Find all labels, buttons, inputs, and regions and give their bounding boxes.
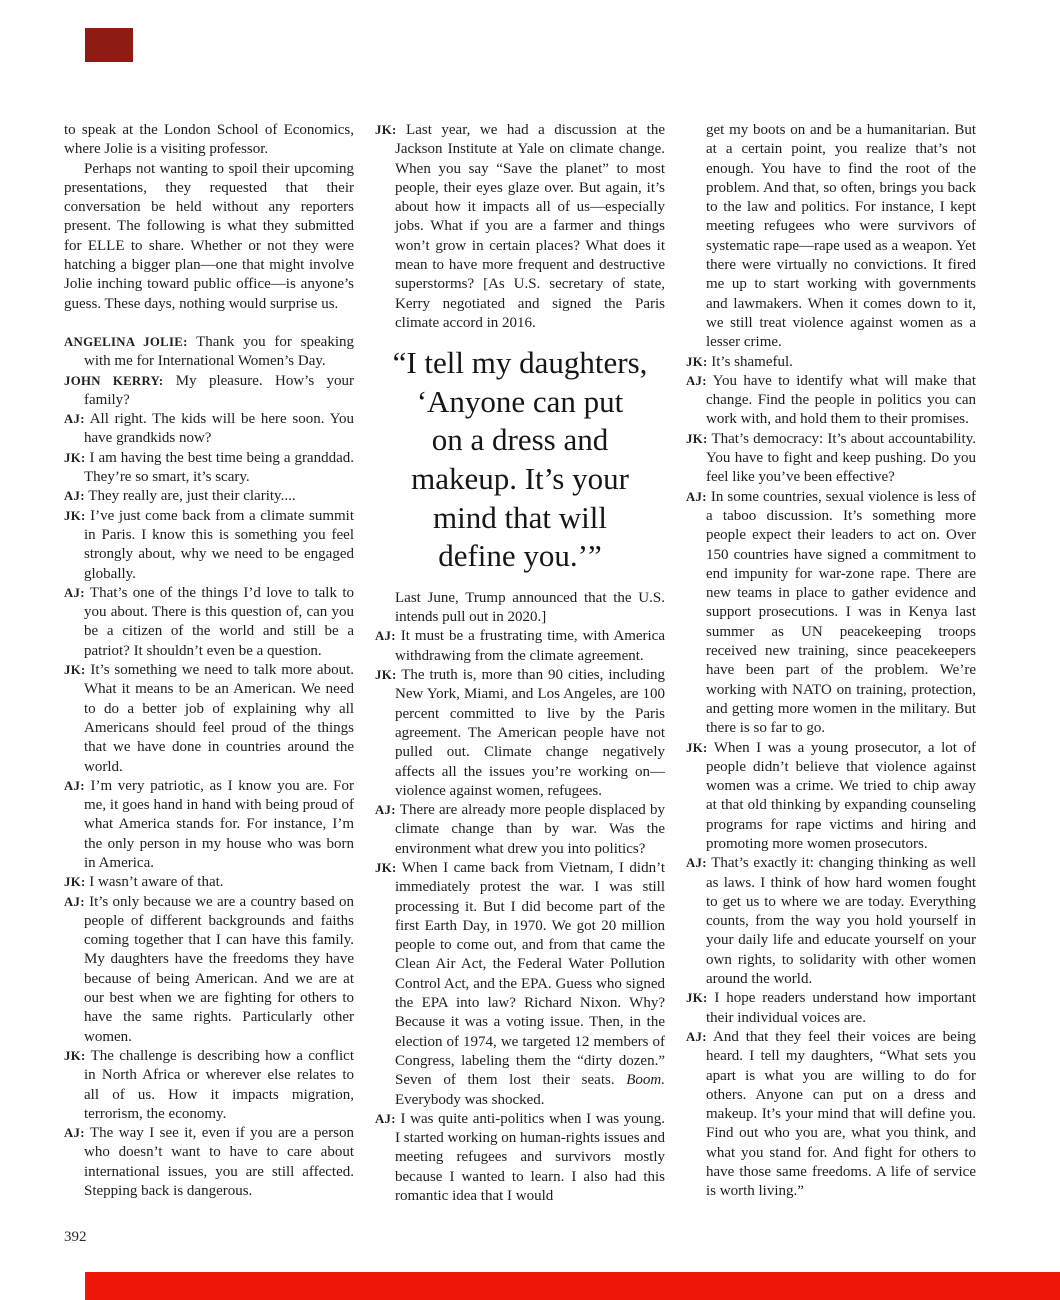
pull-quote-line: mind that will bbox=[375, 499, 665, 538]
dialogue-text: It’s shameful. bbox=[711, 354, 793, 370]
speaker-label: AJ: bbox=[375, 629, 396, 643]
dialogue-turn: JK: I wasn’t aware of that. bbox=[64, 873, 354, 892]
dialogue-turn: AJ: And that they feel their voices are … bbox=[686, 1028, 976, 1202]
dialogue-text: Everybody was shocked. bbox=[395, 1092, 545, 1108]
speaker-label: AJ: bbox=[64, 586, 85, 600]
dialogue-text: The truth is, more than 90 cities, inclu… bbox=[395, 667, 665, 799]
speaker-label: AJ: bbox=[64, 1126, 85, 1140]
dialogue-text: That’s exactly it: changing thinking as … bbox=[706, 855, 976, 987]
dialogue-text: They really are, just their clarity.... bbox=[88, 488, 295, 504]
dialogue-turn: AJ: I’m very patriotic, as I know you ar… bbox=[64, 777, 354, 873]
dialogue-turn: JK: When I was a young prosecutor, a lot… bbox=[686, 739, 976, 855]
intro-paragraph: Perhaps not wanting to spoil their upcom… bbox=[64, 160, 354, 314]
dialogue-text: I hope readers understand how important … bbox=[706, 990, 976, 1025]
dialogue-text: That’s democracy: It’s about accountabil… bbox=[706, 431, 976, 486]
pull-quote: “I tell my daughters,‘Anyone can puton a… bbox=[375, 344, 665, 576]
dialogue-text: It must be a frustrating time, with Amer… bbox=[395, 628, 665, 663]
dialogue-section: JK: Last year, we had a discussion at th… bbox=[375, 121, 665, 333]
dialogue-turn: JK: That’s democracy: It’s about account… bbox=[686, 430, 976, 488]
speaker-label: JK: bbox=[686, 991, 708, 1005]
dialogue-turn: AJ: They really are, just their clarity.… bbox=[64, 487, 354, 506]
pull-quote-line: “I tell my daughters, bbox=[375, 344, 665, 383]
continuation-paragraph: get my boots on and be a humanitarian. B… bbox=[686, 121, 976, 353]
dialogue-turn: JK: The truth is, more than 90 cities, i… bbox=[375, 666, 665, 801]
speaker-label: ANGELINA JOLIE: bbox=[64, 335, 188, 349]
dialogue-text: Boom. bbox=[626, 1072, 665, 1088]
dialogue-text: There are already more people displaced … bbox=[395, 802, 665, 857]
speaker-label: AJ: bbox=[686, 374, 707, 388]
dialogue-turn: JK: It’s something we need to talk more … bbox=[64, 661, 354, 777]
dialogue-turn: JK: When I came back from Vietnam, I did… bbox=[375, 859, 665, 1110]
dialogue-text: The way I see it, even if you are a pers… bbox=[84, 1125, 354, 1199]
dialogue-turn: AJ: You have to identify what will make … bbox=[686, 372, 976, 430]
dialogue-turn: JK: I hope readers understand how import… bbox=[686, 989, 976, 1028]
intro-paragraph: to speak at the London School of Economi… bbox=[64, 121, 354, 160]
dialogue-text: I’ve just come back from a climate summi… bbox=[84, 508, 354, 582]
dialogue-text: The challenge is describing how a confli… bbox=[84, 1048, 354, 1122]
speaker-label: JK: bbox=[64, 875, 86, 889]
speaker-label: JOHN KERRY: bbox=[64, 374, 163, 388]
speaker-label: JK: bbox=[375, 668, 397, 682]
dialogue-text: You have to identify what will make that… bbox=[706, 373, 976, 428]
speaker-label: AJ: bbox=[375, 1112, 396, 1126]
speaker-label: JK: bbox=[64, 663, 86, 677]
speaker-label: AJ: bbox=[64, 412, 85, 426]
pull-quote-line: makeup. It’s your bbox=[375, 460, 665, 499]
dialogue-text: I am having the best time being a grandd… bbox=[84, 450, 354, 485]
pull-quote-line: ‘Anyone can put bbox=[375, 383, 665, 422]
magazine-page: { "page": { "number": "392", "background… bbox=[0, 0, 1060, 1300]
dialogue-text: It’s something we need to talk more abou… bbox=[84, 662, 354, 774]
speaker-label: AJ: bbox=[64, 895, 85, 909]
speaker-label: JK: bbox=[686, 432, 708, 446]
page-number: 392 bbox=[64, 1229, 87, 1246]
dialogue-section: ANGELINA JOLIE: Thank you for speaking w… bbox=[64, 333, 354, 1201]
red-footer-bar bbox=[85, 1272, 1060, 1300]
dialogue-turn: AJ: It must be a frustrating time, with … bbox=[375, 627, 665, 666]
speaker-label: AJ: bbox=[686, 490, 707, 504]
speaker-label: AJ: bbox=[64, 779, 85, 793]
dialogue-turn: AJ: I was quite anti-politics when I was… bbox=[375, 1110, 665, 1206]
speaker-label: AJ: bbox=[686, 856, 707, 870]
speaker-label: AJ: bbox=[375, 803, 396, 817]
dialogue-text: When I came back from Vietnam, I didn’t … bbox=[395, 860, 665, 1088]
dialogue-section: JK: It’s shameful.AJ: You have to identi… bbox=[686, 353, 976, 1202]
speaker-label: AJ: bbox=[686, 1030, 707, 1044]
red-accent-block bbox=[85, 28, 133, 62]
dialogue-turn: JK: I’ve just come back from a climate s… bbox=[64, 507, 354, 584]
column-1: to speak at the London School of Economi… bbox=[64, 121, 354, 1206]
speaker-label: JK: bbox=[686, 355, 708, 369]
dialogue-text: All right. The kids will be here soon. Y… bbox=[84, 411, 354, 446]
dialogue-text: In some countries, sexual violence is le… bbox=[706, 489, 976, 737]
dialogue-turn: ANGELINA JOLIE: Thank you for speaking w… bbox=[64, 333, 354, 372]
dialogue-turn: JK: It’s shameful. bbox=[686, 353, 976, 372]
bracketed-note-continuation: Last June, Trump announced that the U.S.… bbox=[375, 589, 665, 628]
speaker-label: JK: bbox=[64, 451, 86, 465]
dialogue-turn: AJ: That’s exactly it: changing thinking… bbox=[686, 854, 976, 989]
dialogue-turn: JK: Last year, we had a discussion at th… bbox=[375, 121, 665, 333]
speaker-label: JK: bbox=[375, 861, 397, 875]
pull-quote-line: define you.’” bbox=[375, 537, 665, 576]
speaker-label: JK: bbox=[64, 509, 86, 523]
speaker-label: AJ: bbox=[64, 489, 85, 503]
dialogue-turn: AJ: That’s one of the things I’d love to… bbox=[64, 584, 354, 661]
pull-quote-line: on a dress and bbox=[375, 421, 665, 460]
dialogue-turn: JOHN KERRY: My pleasure. How’s your fami… bbox=[64, 372, 354, 411]
dialogue-text: Last year, we had a discussion at the Ja… bbox=[395, 122, 665, 331]
dialogue-text: That’s one of the things I’d love to tal… bbox=[84, 585, 354, 659]
dialogue-turn: AJ: All right. The kids will be here soo… bbox=[64, 410, 354, 449]
dialogue-turn: AJ: The way I see it, even if you are a … bbox=[64, 1124, 354, 1201]
dialogue-turn: AJ: It’s only because we are a country b… bbox=[64, 893, 354, 1047]
speaker-label: JK: bbox=[375, 123, 397, 137]
dialogue-text: I was quite anti-politics when I was you… bbox=[395, 1111, 665, 1204]
dialogue-turn: AJ: In some countries, sexual violence i… bbox=[686, 488, 976, 739]
dialogue-section: AJ: It must be a frustrating time, with … bbox=[375, 627, 665, 1206]
dialogue-turn: JK: I am having the best time being a gr… bbox=[64, 449, 354, 488]
speaker-label: JK: bbox=[64, 1049, 86, 1063]
dialogue-text: I’m very patriotic, as I know you are. F… bbox=[84, 778, 354, 871]
dialogue-turn: JK: The challenge is describing how a co… bbox=[64, 1047, 354, 1124]
dialogue-text: It’s only because we are a country based… bbox=[84, 894, 354, 1045]
dialogue-text: When I was a young prosecutor, a lot of … bbox=[706, 740, 976, 852]
dialogue-text: I wasn’t aware of that. bbox=[89, 874, 223, 890]
speaker-label: JK: bbox=[686, 741, 708, 755]
dialogue-text: And that they feel their voices are bein… bbox=[706, 1029, 976, 1199]
column-3: get my boots on and be a humanitarian. B… bbox=[686, 121, 976, 1206]
column-2: JK: Last year, we had a discussion at th… bbox=[375, 121, 665, 1206]
article-columns: to speak at the London School of Economi… bbox=[64, 121, 976, 1206]
dialogue-turn: AJ: There are already more people displa… bbox=[375, 801, 665, 859]
